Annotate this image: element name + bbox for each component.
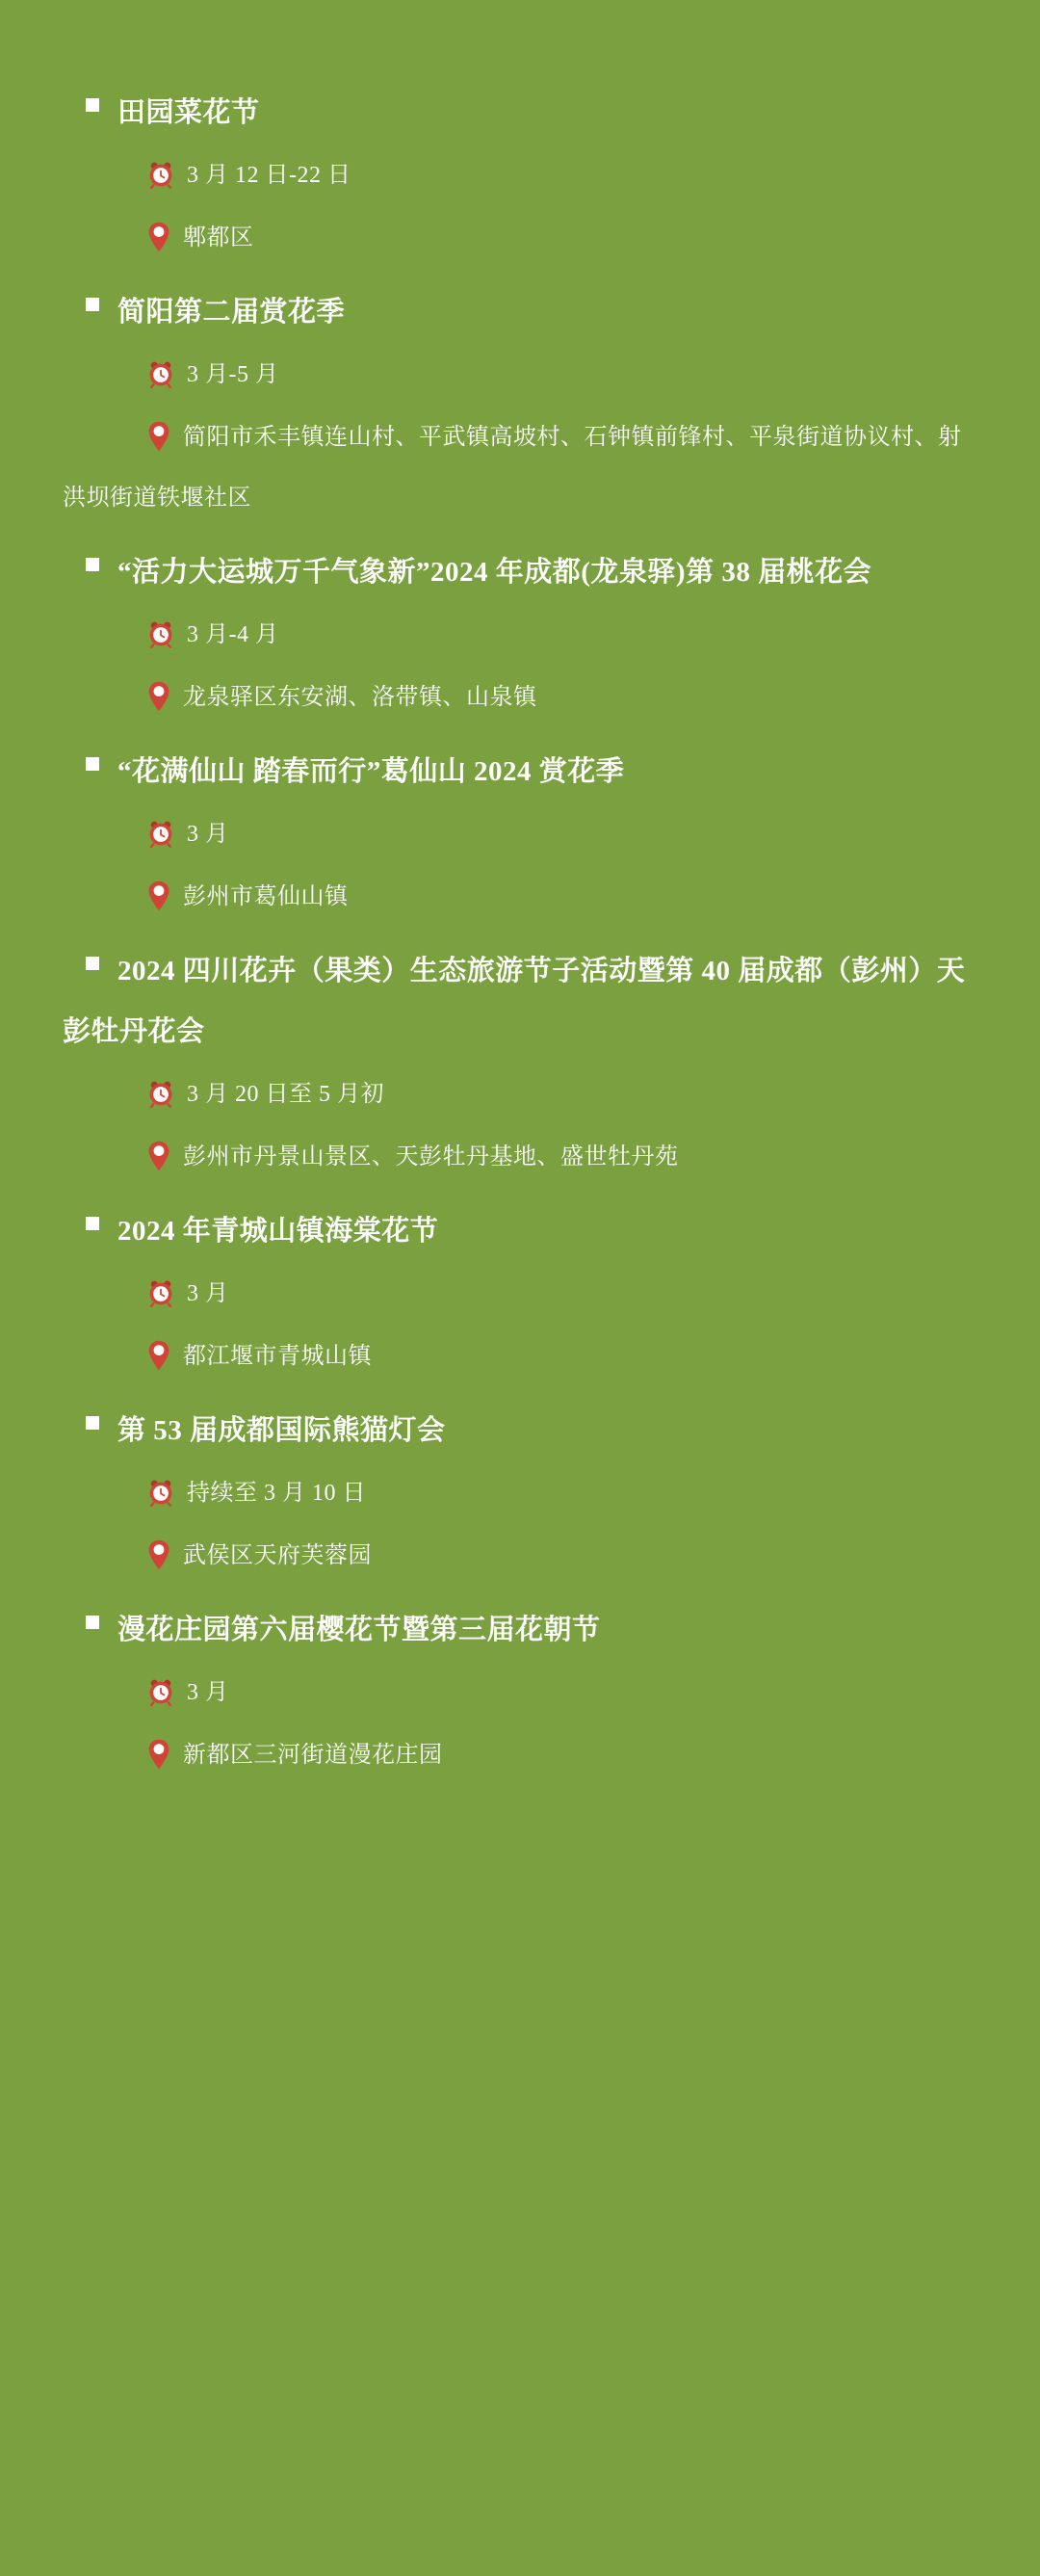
event-date: 3 月: [187, 822, 229, 847]
alarm-clock-icon: [105, 804, 174, 865]
event-title: 田园菜花节: [117, 97, 260, 128]
alarm-clock-icon: [105, 1463, 174, 1524]
square-bullet-icon: [86, 298, 99, 311]
square-bullet-icon: [86, 957, 99, 970]
event-item: 田园菜花节 3 月 12 日-22 日 郫都区: [63, 83, 980, 269]
event-item: “花满仙山 踏春而行”葛仙山 2024 赏花季 3 月 彭州市葛仙山镇: [63, 742, 980, 928]
event-location: 武侯区天府芙蓉园: [183, 1543, 372, 1568]
event-location-row: 彭州市丹景山景区、天彭牡丹基地、盛世牡丹苑: [63, 1127, 980, 1188]
event-title-row: 简阳第二届赏花季: [63, 282, 980, 343]
event-item: 2024 年青城山镇海棠花节 3 月 都江堰市青城山镇: [63, 1201, 980, 1387]
event-location: 彭州市丹景山景区、天彭牡丹基地、盛世牡丹苑: [183, 1144, 679, 1170]
event-date-row: 3 月-4 月: [63, 605, 980, 666]
event-location-row: 龙泉驿区东安湖、洛带镇、山泉镇: [63, 668, 980, 728]
alarm-clock-icon: [105, 1663, 174, 1723]
event-title-row: “花满仙山 踏春而行”葛仙山 2024 赏花季: [63, 742, 980, 802]
event-item: “活力大运城万千气象新”2024 年成都(龙泉驿)第 38 届桃花会 3 月-4…: [63, 542, 980, 728]
map-pin-icon: [105, 1127, 170, 1188]
square-bullet-icon: [86, 98, 99, 112]
map-pin-icon: [105, 208, 170, 269]
event-date-row: 3 月 20 日至 5 月初: [63, 1065, 980, 1125]
square-bullet-icon: [86, 1616, 99, 1629]
event-title-row: 2024 年青城山镇海棠花节: [63, 1201, 980, 1262]
event-item: 2024 四川花卉（果类）生态旅游节子活动暨第 40 届成都（彭州）天彭牡丹花会…: [63, 941, 980, 1188]
event-title-row: 漫花庄园第六届樱花节暨第三届花朝节: [63, 1600, 980, 1661]
event-date: 持续至 3 月 10 日: [187, 1481, 366, 1506]
alarm-clock-icon: [105, 1264, 174, 1325]
map-pin-icon: [105, 1327, 170, 1387]
event-location-row: 郫都区: [63, 208, 980, 269]
event-location: 新都区三河街道漫花庄园: [183, 1743, 443, 1768]
alarm-clock-icon: [105, 605, 174, 666]
event-date: 3 月 20 日至 5 月初: [187, 1082, 384, 1107]
alarm-clock-icon: [105, 1065, 174, 1125]
event-title: 漫花庄园第六届樱花节暨第三届花朝节: [117, 1615, 601, 1645]
event-title-row: “活力大运城万千气象新”2024 年成都(龙泉驿)第 38 届桃花会: [63, 542, 980, 603]
map-pin-icon: [105, 1725, 170, 1786]
event-title-row: 田园菜花节: [63, 83, 980, 144]
alarm-clock-icon: [105, 345, 174, 406]
event-date: 3 月: [187, 1281, 229, 1306]
square-bullet-icon: [86, 757, 99, 771]
event-location: 郫都区: [183, 225, 254, 250]
event-date: 3 月 12 日-22 日: [187, 163, 351, 188]
event-date: 3 月-4 月: [187, 622, 279, 647]
event-location-row: 都江堰市青城山镇: [63, 1327, 980, 1387]
event-date-row: 持续至 3 月 10 日: [63, 1463, 980, 1524]
event-title: 2024 四川花卉（果类）生态旅游节子活动暨第 40 届成都（彭州）天彭牡丹花会: [63, 956, 965, 1047]
map-pin-icon: [105, 1526, 170, 1587]
map-pin-icon: [105, 867, 170, 928]
event-title: 2024 年青城山镇海棠花节: [117, 1216, 438, 1247]
event-title-row: 2024 四川花卉（果类）生态旅游节子活动暨第 40 届成都（彭州）天彭牡丹花会: [63, 941, 980, 1063]
event-item: 简阳第二届赏花季 3 月-5 月 简阳市禾丰镇连山村、平武镇高坡村、石钟镇前锋村…: [63, 282, 980, 529]
event-item: 漫花庄园第六届樱花节暨第三届花朝节 3 月 新都区三河街道漫花庄园: [63, 1600, 980, 1786]
event-title: 第 53 届成都国际熊猫灯会: [117, 1415, 446, 1446]
event-location: 简阳市禾丰镇连山村、平武镇高坡村、石钟镇前锋村、平泉街道协议村、射洪坝街道铁堰社…: [63, 425, 962, 511]
event-location-row: 简阳市禾丰镇连山村、平武镇高坡村、石钟镇前锋村、平泉街道协议村、射洪坝街道铁堰社…: [63, 407, 980, 529]
event-title: “活力大运城万千气象新”2024 年成都(龙泉驿)第 38 届桃花会: [117, 557, 871, 588]
event-location: 彭州市葛仙山镇: [183, 884, 349, 909]
event-location-row: 新都区三河街道漫花庄园: [63, 1725, 980, 1786]
event-location-row: 武侯区天府芙蓉园: [63, 1526, 980, 1587]
map-pin-icon: [105, 407, 170, 468]
event-title-row: 第 53 届成都国际熊猫灯会: [63, 1401, 980, 1461]
square-bullet-icon: [86, 1416, 99, 1430]
event-title: 简阳第二届赏花季: [117, 297, 345, 328]
event-date-row: 3 月-5 月: [63, 345, 980, 406]
map-pin-icon: [105, 668, 170, 728]
event-date-row: 3 月: [63, 1663, 980, 1723]
event-location-row: 彭州市葛仙山镇: [63, 867, 980, 928]
square-bullet-icon: [86, 1217, 99, 1230]
event-location: 龙泉驿区东安湖、洛带镇、山泉镇: [183, 685, 537, 710]
event-list-page: 田园菜花节 3 月 12 日-22 日 郫都区 简阳第二届赏花季 3 月-5 月…: [0, 0, 1040, 2576]
event-date-row: 3 月: [63, 804, 980, 865]
event-location: 都江堰市青城山镇: [183, 1344, 372, 1369]
event-date: 3 月-5 月: [187, 362, 279, 387]
event-item: 第 53 届成都国际熊猫灯会 持续至 3 月 10 日 武侯区天府芙蓉园: [63, 1401, 980, 1587]
event-date: 3 月: [187, 1680, 229, 1705]
alarm-clock-icon: [105, 145, 174, 206]
event-title: “花满仙山 踏春而行”葛仙山 2024 赏花季: [117, 756, 624, 787]
event-date-row: 3 月: [63, 1264, 980, 1325]
event-date-row: 3 月 12 日-22 日: [63, 145, 980, 206]
square-bullet-icon: [86, 558, 99, 571]
